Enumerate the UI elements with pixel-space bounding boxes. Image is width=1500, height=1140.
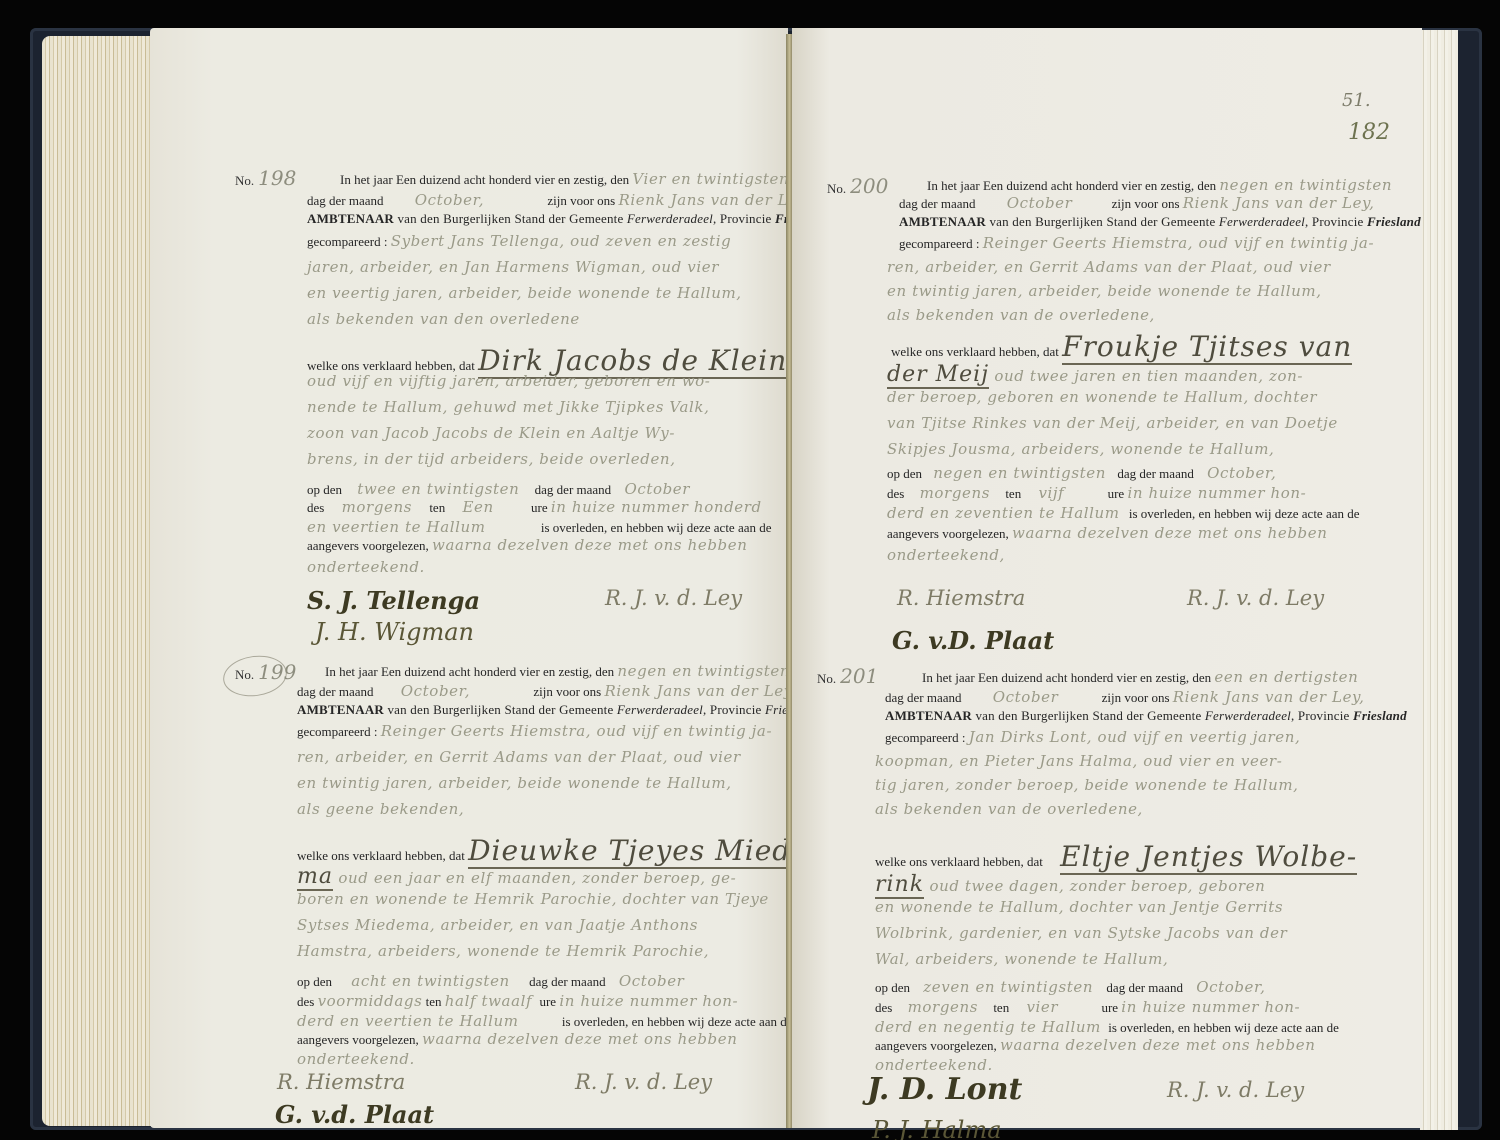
signature-witness-2: P. J. Halma: [872, 1116, 1002, 1140]
entry-month: October,: [401, 682, 470, 700]
signature-witness-2: J. H. Wigman: [315, 618, 474, 646]
folio-number: 51.: [1342, 90, 1371, 111]
entry-day: Vier en twintigsten: [632, 170, 789, 188]
signature-witness-1: J. D. Lont: [867, 1072, 1022, 1107]
death-day: zeven en twintigsten: [923, 978, 1093, 996]
death-day: twee en twintigsten: [357, 480, 519, 498]
official-name: Rienk Jans van der Ley,: [619, 191, 811, 209]
entry-day: negen en twintigsten: [1219, 176, 1392, 194]
entry-day: negen en twintigsten: [617, 662, 790, 680]
left-page: No.198 In het jaar Een duizend acht hond…: [150, 28, 788, 1128]
deceased-name: Froukje Tjitses van: [1062, 330, 1352, 365]
entry-day: een en dertigsten: [1214, 668, 1358, 686]
entry-month: October: [993, 688, 1059, 706]
signature-official: R. J. v. d. Ley: [605, 586, 742, 610]
entry-number: No.198: [235, 166, 296, 190]
entry-number: No.200: [827, 174, 888, 198]
deceased-name: Eltje Jentjes Wolbe-: [1060, 840, 1357, 875]
signature-witness-1: R. Hiemstra: [897, 586, 1025, 610]
signature-official: R. J. v. d. Ley: [1187, 586, 1324, 610]
death-day: negen en twintigsten: [933, 464, 1106, 482]
folio-secondary-number: 182: [1348, 120, 1390, 145]
death-day: acht en twintigsten: [351, 972, 510, 990]
entry-month: October: [1007, 194, 1073, 212]
signature-witness-1: R. Hiemstra: [277, 1070, 405, 1094]
signature-official: R. J. v. d. Ley: [1167, 1078, 1304, 1102]
entry-number: No.199: [235, 660, 296, 684]
official-name: Rienk Jans van der Ley,: [605, 682, 797, 700]
right-page: 51. 182 No.200 In het jaar Een duizend a…: [792, 28, 1422, 1128]
signature-witness-2: G. v.D. Plaat: [892, 626, 1054, 655]
signature-witness-1: S. J. Tellenga: [307, 586, 480, 615]
official-name: Rienk Jans van der Ley,: [1183, 194, 1375, 212]
official-name: Rienk Jans van der Ley,: [1173, 688, 1365, 706]
entry-number: No.201: [817, 664, 878, 688]
entry-month: October,: [415, 191, 484, 209]
page-stack-right: [1420, 30, 1458, 1130]
signature-official: R. J. v. d. Ley: [575, 1070, 712, 1094]
signature-witness-2: G. v.d. Plaat: [275, 1100, 434, 1129]
